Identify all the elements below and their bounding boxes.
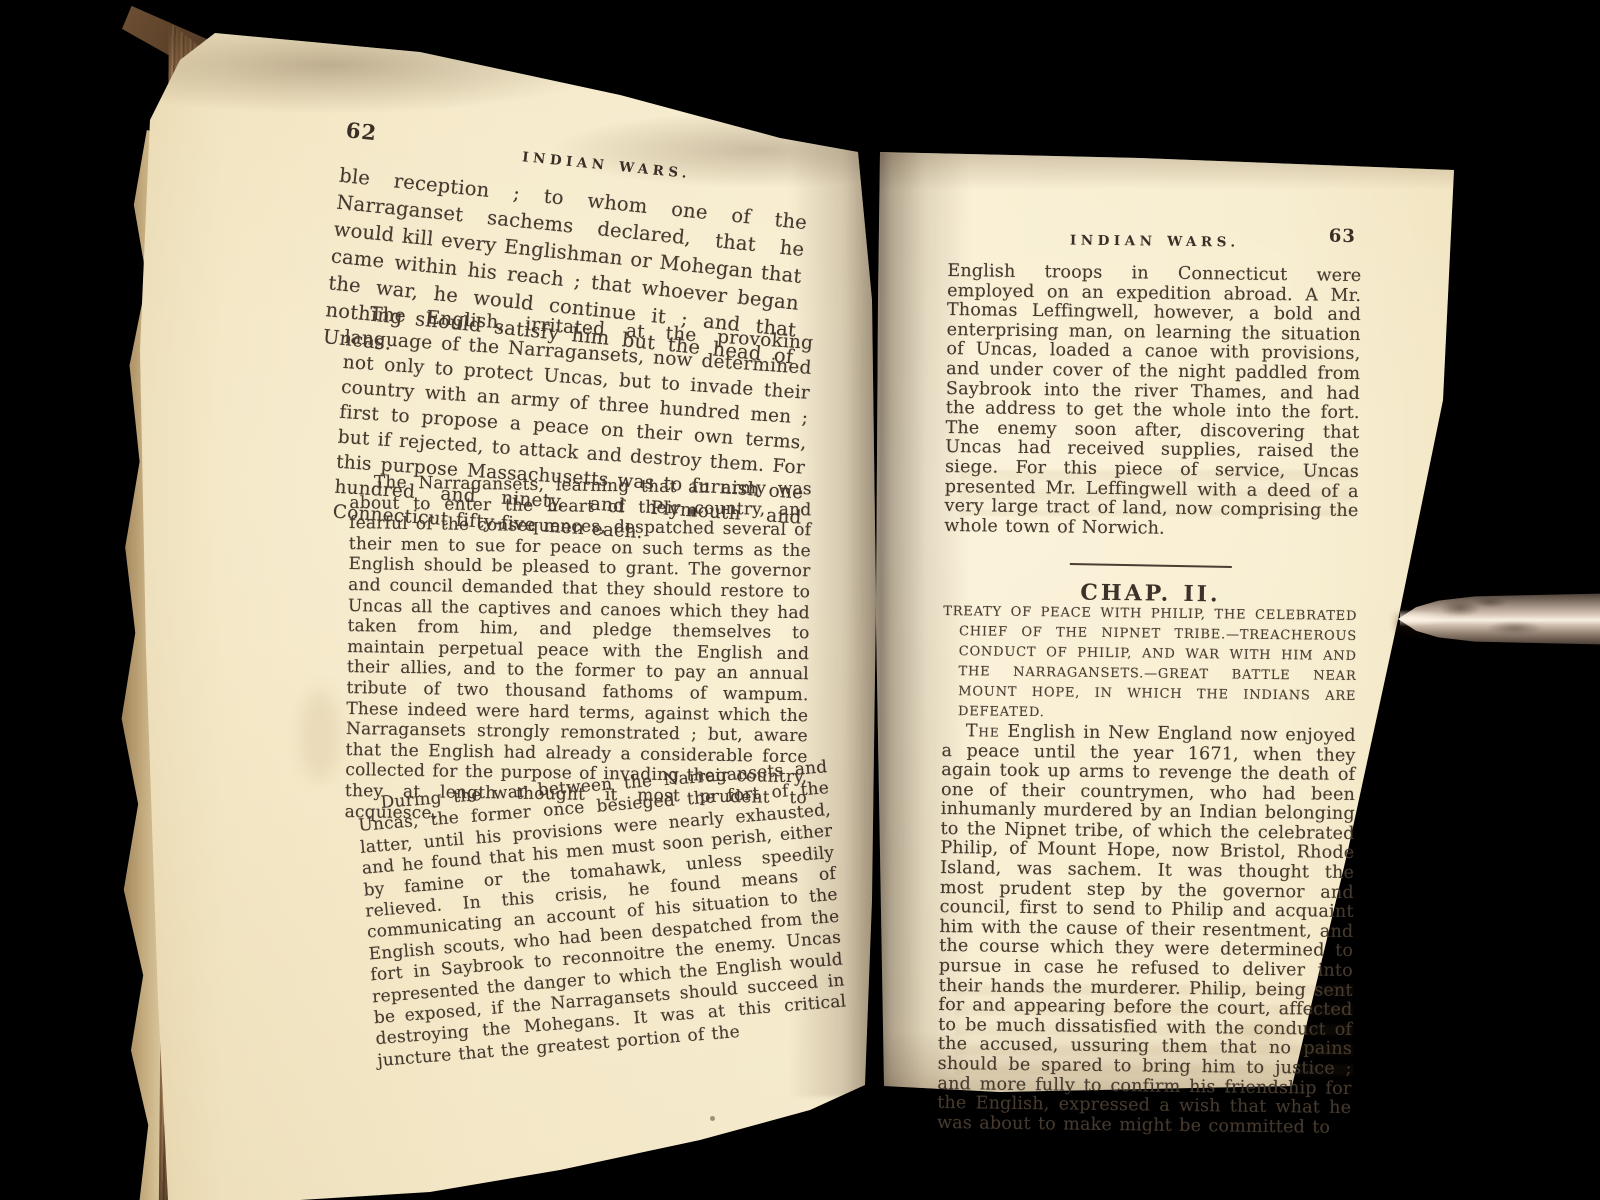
- section-divider-rule: [1070, 563, 1232, 568]
- lead-word: The: [966, 721, 1000, 741]
- left-page-text-bottom: During the war between the Narragansets …: [356, 757, 849, 1072]
- metal-pointer: [1398, 592, 1600, 646]
- right-running-title: INDIAN WARS.: [948, 224, 1362, 255]
- left-page-number: 62: [345, 116, 379, 146]
- open-book-photo: 62 INDIAN WARS. ble reception ; to whom …: [0, 0, 1600, 1200]
- body-text: English in New England now enjoyed a pea…: [937, 722, 1356, 1138]
- paragraph: English troops in Connecticut were emplo…: [944, 262, 1361, 541]
- chapter-summary: TREATY OF PEACE WITH PHILIP, THE CELEBRA…: [942, 602, 1357, 727]
- right-running-header: INDIAN WARS. 63: [948, 224, 1362, 255]
- chapter-body-paragraph: The English in New England now enjoyed a…: [937, 722, 1356, 1138]
- paragraph: During the war between the Narragansets …: [356, 757, 849, 1072]
- right-page-number: 63: [1329, 227, 1356, 247]
- right-page-text: INDIAN WARS. 63 English troops in Connec…: [937, 224, 1362, 1138]
